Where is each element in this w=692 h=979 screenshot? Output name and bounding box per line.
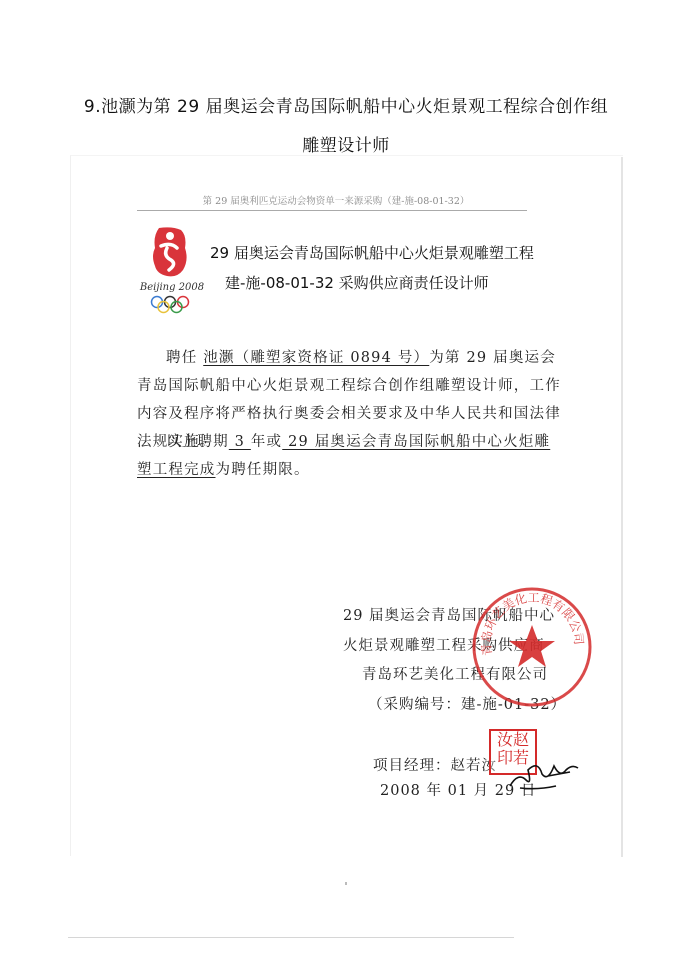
header-divider — [137, 210, 527, 211]
term-years: 3 — [229, 434, 251, 450]
scan-edge — [621, 157, 623, 857]
svg-text:Beijing 2008: Beijing 2008 — [139, 282, 204, 293]
document-heading-line-1: 29 届奥运会青岛国际帆船中心火炬景观雕塑工程 — [210, 242, 534, 263]
company-seal-icon: 青岛环艺美化工程有限公司 — [470, 585, 595, 710]
page-title-line-2: 雕塑设计师 — [0, 131, 692, 156]
document-header-note: 第 29 届奥利匹克运动会物资单一来源采购（建-施-08-01-32） — [146, 193, 526, 207]
term-middle: 年或 — [251, 434, 282, 450]
document-heading-line-2: 建-施-08-01-32 采购供应商责任设计师 — [225, 272, 489, 293]
stray-mark — [345, 882, 347, 885]
term-prefix: 以上聘期 — [166, 434, 229, 450]
handwritten-signature-icon — [508, 752, 588, 792]
appointee-name: 池灏（雕塑家资格证 0894 号） — [203, 350, 429, 366]
page-title-line-1: 9.池灏为第 29 届奥运会青岛国际帆船中心火炬景观工程综合创作组 — [0, 92, 692, 117]
beijing-2008-olympic-emblem-icon: Beijing 2008 — [137, 226, 207, 318]
term-paragraph: 以上聘期 3 年或 29 届奥运会青岛国际帆船中心火炬雕塑工程完成为聘任期限。 — [137, 428, 565, 484]
paragraph-prefix: 聘任 — [166, 350, 203, 366]
term-suffix: 为聘任期限。 — [216, 462, 310, 478]
footer-divider — [68, 937, 514, 938]
project-manager-label: 项目经理：赵若汝 — [373, 754, 497, 775]
